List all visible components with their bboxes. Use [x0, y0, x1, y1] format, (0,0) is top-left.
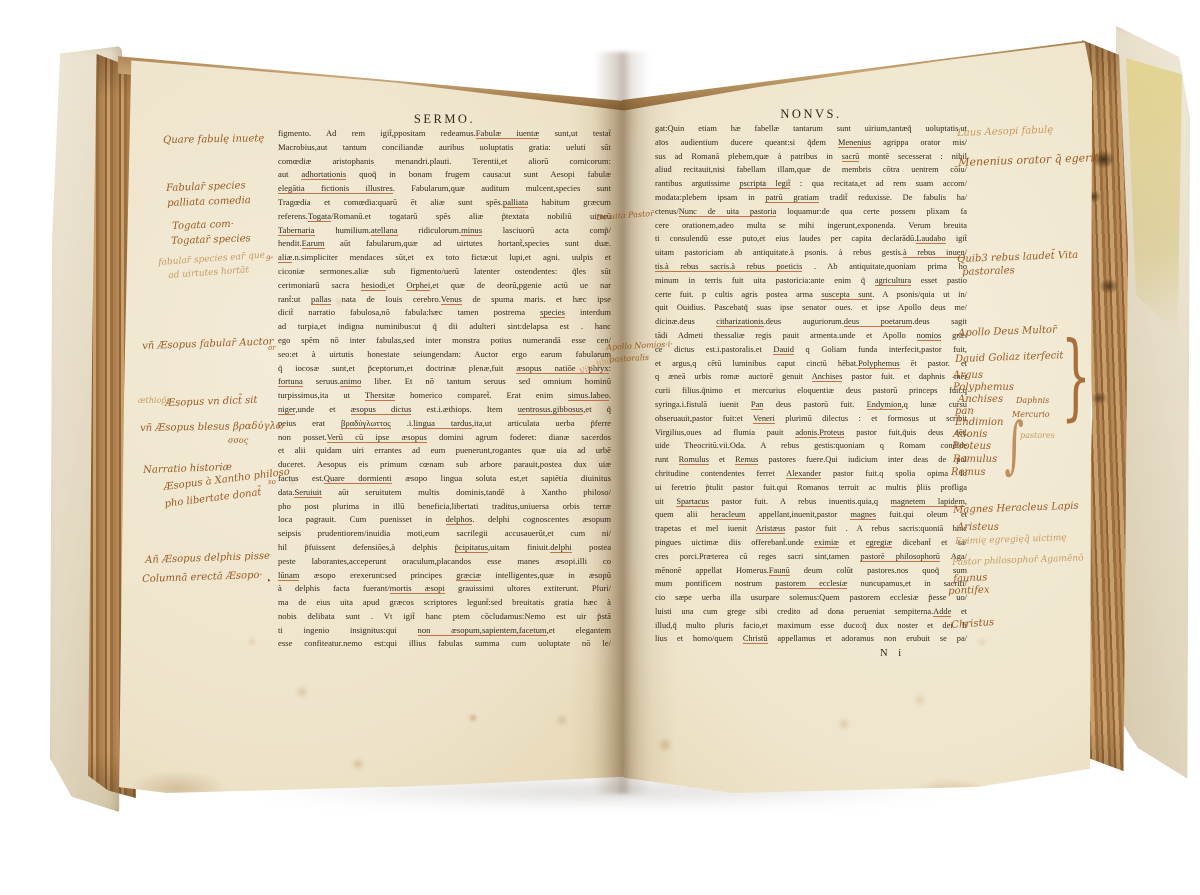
text-line: fortuna seruus.animo liber. Et nō tantum… [278, 375, 611, 389]
text-line: mum pontificem nostrum pastorem ecclesiæ… [655, 577, 967, 591]
text-line: dicinæ.deus citharizationis.deus augurio… [655, 315, 967, 329]
text-line: esse confiteatur.nemo est:qui illius fab… [278, 637, 611, 651]
right-page-text-column: gat:Quin etiam hæ fabellæ tantarum sunt … [655, 122, 967, 646]
text-line: rantibus argutissime pscripta legit̃ : q… [655, 177, 967, 191]
margin-note: Quare fabulę inuetę [163, 133, 264, 146]
text-line: loca pagrauit. Cum puenisset in delphos.… [278, 513, 611, 527]
text-line: luisti una cum grege sibi credito ad don… [655, 605, 967, 619]
margin-note: pontifex [948, 585, 990, 597]
text-line: ad turpia,et indigna numinibus:ut q̃ dii… [278, 320, 611, 334]
text-line: factus est.Quare dormienti æsopo lingua … [278, 472, 611, 486]
foxing-spots [0, 0, 4, 4]
text-line: cres porci.Præterea cū reges sacri sint,… [655, 550, 967, 564]
margin-note: Polyphemus [953, 382, 1014, 393]
text-line: tis.à rebus sacris.à rebus poeticis . Ab… [655, 260, 967, 274]
text-line: à delphis facta fuerant/mortis æsopi gra… [278, 582, 611, 596]
margin-note: pastorales [962, 265, 1015, 278]
text-line: q̃ iocosæ sunt,et p̃ceptorum,et doctrinæ… [278, 362, 611, 376]
text-line: ego spēm nō inter fabulas,sed inter mons… [278, 334, 611, 348]
text-line: figmento. Ad rem igit̃,ppositam redeamus… [278, 127, 611, 141]
margin-note: Togata com· [172, 219, 234, 232]
text-line: et argus,q cētū luminibus caput cinctū h… [655, 357, 967, 371]
margin-note: Argus [953, 370, 983, 381]
left-page-text-column: figmento. Ad rem igit̃,ppositam redeamus… [278, 127, 611, 651]
text-line: chritudine contendentes ferret Alexander… [655, 467, 967, 481]
margin-brace: } [1061, 330, 1091, 424]
text-line: uide Theocritū.vii.Oda. A rebus gestis:q… [655, 439, 967, 453]
margin-mark: 9ᵉ [266, 255, 273, 263]
photo-of-open-incunable-book: SERMO. NONVS. figmento. Ad rem igit̃,ppo… [0, 0, 1200, 895]
text-line: nobis delibata sunt . Vt igit̃ hanc ptem… [278, 610, 611, 624]
text-line: Tragœdia et comœdia:quarū ēt aliæ sunt s… [278, 196, 611, 210]
text-line: peste laborantes,acceperunt oraculum,pla… [278, 555, 611, 569]
margin-note: Remus [951, 467, 986, 478]
text-line: quem alii heracleum appellant,inuenit,pa… [655, 508, 967, 522]
left-running-title: SERMO. [278, 112, 611, 127]
text-line: duceret. Aesopus eis primum cœnam sub ar… [278, 458, 611, 472]
text-line: lius et homo/quem Christū appellamus et … [655, 632, 967, 646]
text-line: minum in terris fuit uita pastoricia:ant… [655, 274, 967, 288]
text-line: ma de eius uita apud græcos scriptores l… [278, 596, 611, 610]
text-line: certe fuit. p cultis agris postea arma s… [655, 288, 967, 302]
text-line: referens.Togata/Romanū.et togatarū spēs … [278, 210, 611, 224]
text-line: q æneā urbis romæ auctorē genuit Anchise… [655, 370, 967, 384]
text-line: peius erat βραδύγλωττος .i.lingua tardus… [278, 417, 611, 431]
text-line: Macrobius,aut tantum conciliandæ auribus… [278, 141, 611, 155]
text-line: seo:et à uirtutis honestate seiungendam:… [278, 348, 611, 362]
text-line: seipsis prudentiorem/inuidia moti,eum sa… [278, 527, 611, 541]
margin-brace: ∫ [1004, 414, 1023, 476]
text-line: Tabernaria humilium.atellana ridiculorum… [278, 224, 611, 238]
text-line: ti ingenio insignitus:qui non æsopum,sap… [278, 624, 611, 638]
margin-note: Endimion [955, 417, 1003, 428]
text-line: comœdiæ aristophanis menandri.plauti. Te… [278, 155, 611, 169]
text-line: ciconiæ sermones.aliæ sub figmento/uerū … [278, 265, 611, 279]
text-line: data.Seruiuit aūt seruitutem multis domi… [278, 486, 611, 500]
text-line: lūnam æsopo erexerunt:sed principes græc… [278, 569, 611, 583]
margin-mark: ‣ [267, 577, 271, 585]
text-line: aīos audientium ducere queant:si q̃dem M… [655, 136, 967, 150]
text-line: pho post plurima in illū beneficia,liber… [278, 500, 611, 514]
margin-note: Adonis [953, 429, 987, 440]
text-line: ce dictus est.i.pastoralis.et Dauid q Go… [655, 343, 967, 357]
margin-note: Romulus [953, 454, 997, 465]
text-line: Virgilius,oues ad flumia pauit adonis.Pr… [655, 426, 967, 440]
margin-note: Daphnis [1016, 396, 1049, 405]
quire-signature: N i [880, 648, 905, 659]
margin-note: pan [955, 406, 974, 417]
text-line: et alii quidam uiri errantes ad eum puen… [278, 444, 611, 458]
text-line: trapetas et mel iuenit Aristæus pastor f… [655, 522, 967, 536]
text-line: turpissimus,ita ut Thersitæ homerico com… [278, 389, 611, 403]
text-line: aut adhortationis quoq̃ in bonam frugem … [278, 168, 611, 182]
text-line: quit Ouidius. Pascebatq̃ suas ipse senat… [655, 301, 967, 315]
text-line: aliæ.n.simpliciter mendaces sūt,et ex to… [278, 251, 611, 265]
text-line: sus ad Romanā plebem,quæ à patribus in s… [655, 150, 967, 164]
margin-mark: so [268, 478, 276, 486]
text-line: ti consulendū esse puto,et eius laudes p… [655, 232, 967, 246]
text-line: gat:Quin etiam hæ fabellæ tantarum sunt … [655, 122, 967, 136]
text-line: mēnonē appellat Homerus.Faunū deum colūt… [655, 564, 967, 578]
margin-note: Anchises [958, 394, 1003, 405]
text-line: pingues uictimæ diis offerebant̃.unde ex… [655, 536, 967, 550]
text-line: hil p̃fuissent defensiōes,à delphis p̃ci… [278, 541, 611, 555]
text-line: cere orationem,adeo multa se mihi ingeru… [655, 219, 967, 233]
text-line: cerimoniarū sacra hesiodi,et Orphei,et q… [278, 279, 611, 293]
margin-note: faunus [953, 572, 988, 585]
right-running-title: NONVS. [655, 107, 967, 122]
text-line: niger,unde et æsopus dictus est.i.æthiop… [278, 403, 611, 417]
margin-mark: or [268, 344, 276, 352]
text-line: elegātia fictionis illustres. Fabularum,… [278, 182, 611, 196]
text-line: ctenus/Nunc de uita pastoria loquamur:de… [655, 205, 967, 219]
margin-note: Aristeus [957, 522, 999, 533]
text-line: modata:plebem ipsam in patrū gratiam tra… [655, 191, 967, 205]
text-line: dicit̃ narratio fabulosa,nō fabula:hæc t… [278, 306, 611, 320]
text-line: illud,q̃ multo pluris facio,et maximum e… [655, 619, 967, 633]
text-line: cio sæpe uerba illa usurpare solemus:Que… [655, 591, 967, 605]
text-line: aliud recitauit,nisi fabellam illam,quæ … [655, 163, 967, 177]
text-line: obseruauit,pastor fuit:et Veneri plurimū… [655, 412, 967, 426]
margin-note: Proteus [952, 441, 991, 452]
text-line: runt Romulus et Remus pastores fuere.Qui… [655, 453, 967, 467]
text-line: tādi Admeti thessaliæ regis pauit arment… [655, 329, 967, 343]
text-line: ui feretrio p̃tulit pastor fuit.qui Roma… [655, 481, 967, 495]
text-line: syringa.i.fistulā iuenit Pan deus pastor… [655, 398, 967, 412]
text-line: rant̃:ut pallas nata de Iouis cerebro.Ve… [278, 293, 611, 307]
text-line: non posset.Verū cū ipse æsopus domini ag… [278, 431, 611, 445]
text-line: uit Spartacus pastor fuit. A rebus inuen… [655, 495, 967, 509]
margin-note: σσος [228, 436, 248, 445]
text-line: uitam pastoriciam ab antiquitate.à psoni… [655, 246, 967, 260]
text-line: curii filius.q̃nimo et mercurius eloquen… [655, 384, 967, 398]
margin-note: pastores [1020, 431, 1055, 440]
text-line: hendit.Earum aūt fabularum,quæ ad uirtut… [278, 237, 611, 251]
